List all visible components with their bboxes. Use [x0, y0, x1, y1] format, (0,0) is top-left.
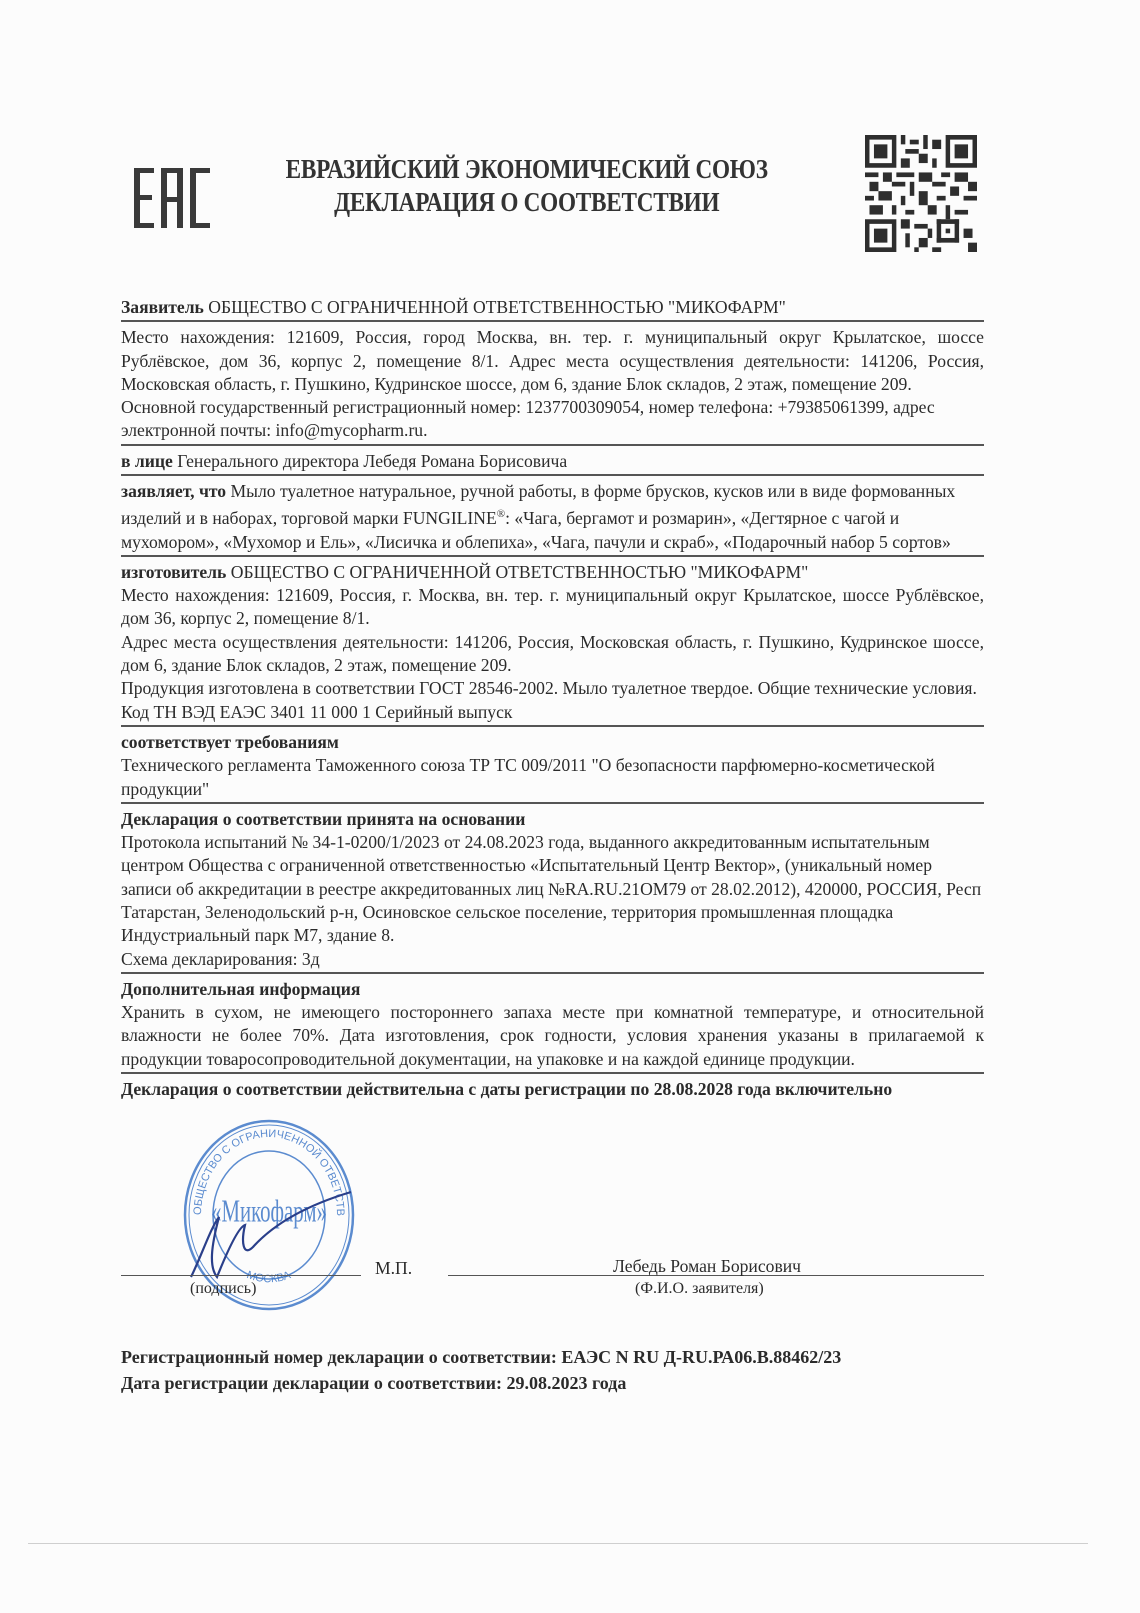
stamp-place-label: М.П. [375, 1258, 412, 1279]
applicant-name: ОБЩЕСТВО С ОГРАНИЧЕННОЙ ОТВЕТСТВЕННОСТЬЮ… [208, 297, 786, 317]
basis-text: Протокола испытаний № 34-1-0200/1/2023 о… [121, 831, 984, 947]
validity-text: Декларация о соответствии действительна … [121, 1078, 984, 1101]
declaration-body: Заявитель ОБЩЕСТВО С ОГРАНИЧЕННОЙ ОТВЕТС… [121, 296, 984, 1101]
title-declaration: ДЕКЛАРАЦИЯ О СООТВЕТСТВИИ [230, 186, 823, 219]
applicant-address: Место нахождения: 121609, Россия, город … [121, 326, 984, 396]
tn-ved-code: Код ТН ВЭД ЕАЭС 3401 11 000 1 Серийный в… [121, 701, 984, 724]
represented-by-row: в лице Генерального директора Лебедя Ром… [121, 450, 984, 476]
declares-label: заявляет, что [121, 481, 226, 501]
declaration-scheme: Схема декларирования: 3д [121, 948, 984, 971]
registration-number: Регистрационный номер декларации о соотв… [121, 1344, 841, 1370]
conformity-row: соответствует требованиям Технического р… [121, 731, 984, 804]
title-union: ЕВРАЗИЙСКИЙ ЭКОНОМИЧЕСКИЙ СОЮЗ [230, 153, 823, 186]
registration-block: Регистрационный номер декларации о соотв… [121, 1344, 841, 1396]
additional-info-label: Дополнительная информация [121, 978, 984, 1001]
applicant-registration: Основной государственный регистрационный… [121, 396, 984, 443]
manufacturer-activity-address: Адрес места осуществления деятельности: … [121, 631, 984, 678]
manufacturer-standard: Продукция изготовлена в соответствии ГОС… [121, 677, 984, 700]
basis-row: Декларация о соответствии принята на осн… [121, 808, 984, 974]
signature-block: М.П. Лебедь Роман Борисович (подпись) (Ф… [121, 1250, 984, 1310]
represented-by-text: Генерального директора Лебедя Романа Бор… [177, 451, 567, 471]
applicant-details-row: Место нахождения: 121609, Россия, город … [121, 326, 984, 445]
signature-caption: (подпись) [190, 1280, 256, 1298]
additional-info-text: Хранить в сухом, не имеющего постороннег… [121, 1001, 984, 1071]
applicant-header-row: Заявитель ОБЩЕСТВО С ОГРАНИЧЕННОЙ ОТВЕТС… [121, 296, 984, 322]
stamp-center-text: «Микофарм» [211, 1193, 327, 1228]
document-title: ЕВРАЗИЙСКИЙ ЭКОНОМИЧЕСКИЙ СОЮЗ ДЕКЛАРАЦИ… [230, 153, 823, 219]
eac-logo [134, 168, 214, 233]
signer-name: Лебедь Роман Борисович [613, 1256, 801, 1277]
registration-date: Дата регистрации декларации о соответств… [121, 1370, 841, 1396]
manufacturer-row: изготовитель ОБЩЕСТВО С ОГРАНИЧЕННОЙ ОТВ… [121, 561, 984, 727]
manufacturer-label: изготовитель [121, 562, 226, 582]
declaration-page: ЕВРАЗИЙСКИЙ ЭКОНОМИЧЕСКИЙ СОЮЗ ДЕКЛАРАЦИ… [0, 0, 1140, 1613]
applicant-label: Заявитель [121, 297, 204, 317]
conformity-label: соответствует требованиям [121, 731, 984, 754]
declares-row: заявляет, что Мыло туалетное натуральное… [121, 480, 984, 557]
name-caption: (Ф.И.О. заявителя) [635, 1280, 764, 1298]
page-edge-line [28, 1543, 1088, 1544]
validity-row: Декларация о соответствии действительна … [121, 1078, 984, 1101]
eac-logo-icon [134, 168, 214, 228]
trademark-symbol: ® [497, 508, 505, 520]
represented-by-label: в лице [121, 451, 173, 471]
basis-label: Декларация о соответствии принята на осн… [121, 808, 984, 831]
manufacturer-name: ОБЩЕСТВО С ОГРАНИЧЕННОЙ ОТВЕТСТВЕННОСТЬЮ… [231, 562, 809, 582]
additional-info-row: Дополнительная информация Хранить в сухо… [121, 978, 984, 1074]
manufacturer-address: Место нахождения: 121609, Россия, г. Мос… [121, 584, 984, 631]
qr-code-icon[interactable] [865, 135, 977, 252]
conformity-text: Технического регламента Таможенного союз… [121, 754, 984, 801]
signature-line [121, 1275, 361, 1276]
